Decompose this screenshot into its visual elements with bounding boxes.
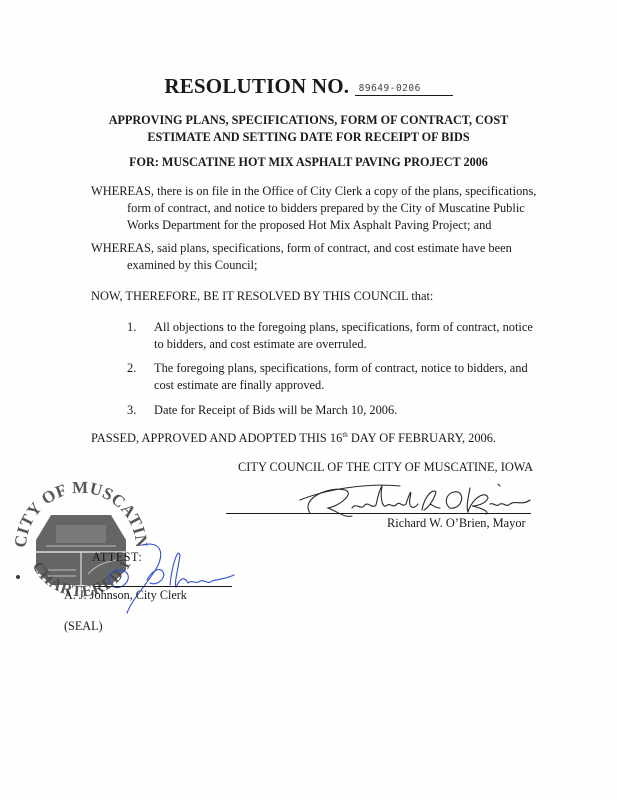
resolution-subtitle: APPROVING PLANS, SPECIFICATIONS, FORM OF… [60, 112, 557, 146]
whereas-paragraph-2: WHEREAS, said plans, specifications, for… [91, 240, 561, 274]
mayor-signature-line [226, 513, 531, 514]
clerk-signature-icon [92, 535, 252, 615]
whereas-1-line-1: WHEREAS, there is on file in the Office … [91, 184, 536, 198]
subtitle-line-1: APPROVING PLANS, SPECIFICATIONS, FORM OF… [60, 112, 557, 129]
item-number: 3. [127, 402, 145, 419]
subtitle-line-2: ESTIMATE AND SETTING DATE FOR RECEIPT OF… [60, 129, 557, 146]
clerk-signature-line [94, 586, 232, 587]
whereas-2-line-2: examined by this Council; [91, 257, 561, 274]
passed-statement: PASSED, APPROVED AND ADOPTED THIS 16th D… [91, 431, 496, 446]
item-text: Date for Receipt of Bids will be March 1… [154, 402, 534, 419]
seal-label: (SEAL) [64, 619, 103, 634]
passed-suffix: DAY OF FEBRUARY, 2006. [348, 431, 496, 445]
project-line: FOR: MUSCATINE HOT MIX ASPHALT PAVING PR… [60, 155, 557, 170]
item-number: 1. [127, 319, 145, 336]
resolved-clause: NOW, THEREFORE, BE IT RESOLVED BY THIS C… [91, 288, 561, 305]
council-heading: CITY COUNCIL OF THE CITY OF MUSCATINE, I… [238, 460, 533, 475]
mayor-name: Richard W. O’Brien, Mayor [387, 516, 526, 531]
passed-prefix: PASSED, APPROVED AND ADOPTED THIS 16 [91, 431, 342, 445]
resolution-title: RESOLUTION NO. 89649-0206 [0, 74, 617, 99]
item-text: The foregoing plans, specifications, for… [154, 360, 534, 394]
whereas-2-line-1: WHEREAS, said plans, specifications, for… [91, 241, 512, 255]
item-text: All objections to the foregoing plans, s… [154, 319, 534, 353]
whereas-paragraph-1: WHEREAS, there is on file in the Office … [91, 183, 561, 234]
clerk-name: A. J. Johnson, City Clerk [64, 588, 187, 603]
resolution-number: 89649-0206 [355, 83, 453, 96]
whereas-1-line-2: form of contract, and notice to bidders … [91, 200, 561, 217]
title-prefix: RESOLUTION NO. [164, 74, 349, 98]
item-number: 2. [127, 360, 145, 377]
whereas-1-line-3: Works Department for the proposed Hot Mi… [91, 217, 561, 234]
